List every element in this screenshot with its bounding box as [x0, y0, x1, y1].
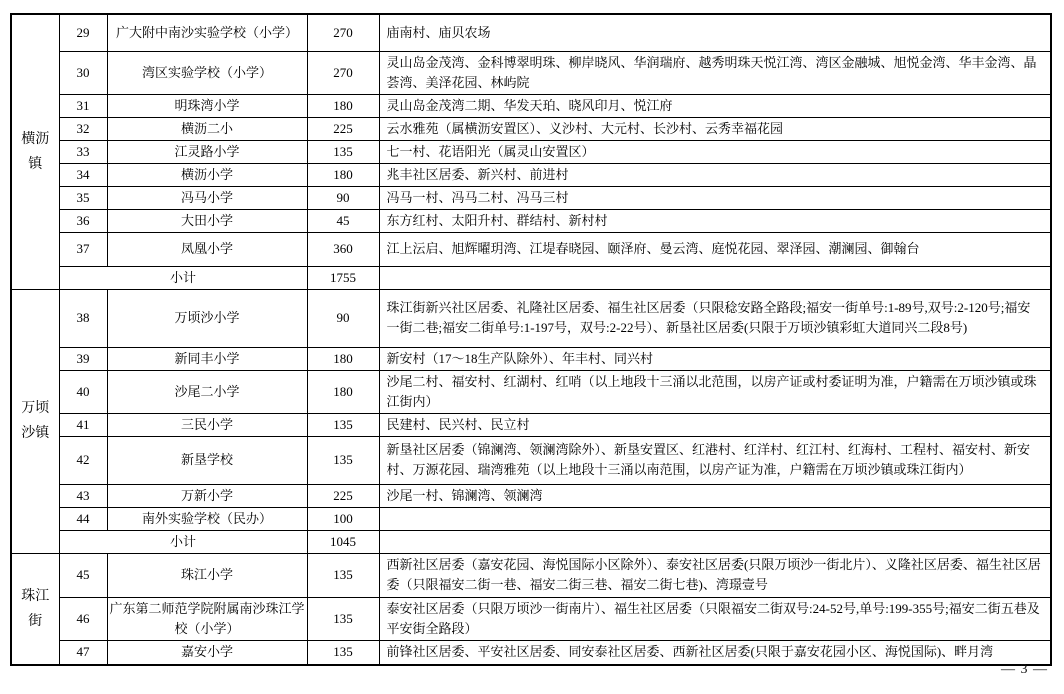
service-area-cell: 庙南村、庙贝农场: [379, 14, 1051, 51]
row-number-cell: 43: [59, 484, 107, 507]
district-cell: 珠江街: [11, 553, 59, 665]
row-number-cell: 40: [59, 370, 107, 413]
subtotal-row: 小计1755: [11, 266, 1051, 289]
row-number-cell: 45: [59, 553, 107, 597]
service-area-cell: [379, 507, 1051, 530]
row-number-cell: 47: [59, 640, 107, 665]
row-number-cell: 38: [59, 289, 107, 347]
subtotal-row: 小计1045: [11, 530, 1051, 553]
school-name-cell: 万新小学: [107, 484, 307, 507]
table-row: 34横沥小学180兆丰社区居委、新兴村、前进村: [11, 163, 1051, 186]
table-row: 36大田小学45东方红村、太阳升村、群结村、新村村: [11, 209, 1051, 232]
service-area-cell: 西新社区居委（嘉安花园、海悦国际小区除外）、泰安社区居委(只限万顷沙一街北片）、…: [379, 553, 1051, 597]
school-name-cell: 广大附中南沙实验学校（小学）: [107, 14, 307, 51]
table-row: 30湾区实验学校（小学）270灵山岛金茂湾、金科博翠明珠、柳岸晓风、华润瑞府、越…: [11, 51, 1051, 94]
school-name-cell: 明珠湾小学: [107, 94, 307, 117]
service-area-cell: 冯马一村、冯马二村、冯马三村: [379, 186, 1051, 209]
admission-table-body: 横沥镇29广大附中南沙实验学校（小学）270庙南村、庙贝农场30湾区实验学校（小…: [11, 14, 1051, 665]
school-name-cell: 嘉安小学: [107, 640, 307, 665]
row-number-cell: 46: [59, 597, 107, 640]
school-name-cell: 万顷沙小学: [107, 289, 307, 347]
school-name-cell: 珠江小学: [107, 553, 307, 597]
row-number-cell: 33: [59, 140, 107, 163]
district-label: 横沥镇: [21, 127, 50, 177]
row-number-cell: 44: [59, 507, 107, 530]
subtotal-quota-cell: 1755: [307, 266, 379, 289]
table-row: 31明珠湾小学180灵山岛金茂湾二期、华发天珀、晓风印月、悦江府: [11, 94, 1051, 117]
service-area-cell: 江上沄启、旭辉曜玥湾、江堤春晓园、颐泽府、曼云湾、庭悦花园、翠泽园、潮澜园、御翰…: [379, 232, 1051, 266]
quota-cell: 100: [307, 507, 379, 530]
table-row: 39新同丰小学180新安村（17～18生产队除外）、年丰村、同兴村: [11, 347, 1051, 370]
row-number-cell: 37: [59, 232, 107, 266]
quota-cell: 90: [307, 186, 379, 209]
school-name-cell: 湾区实验学校（小学）: [107, 51, 307, 94]
service-area-cell: 新垦社区居委（锦澜湾、领澜湾除外）、新垦安置区、红港村、红洋村、红江村、红海村、…: [379, 436, 1051, 484]
quota-cell: 135: [307, 597, 379, 640]
table-row: 46广东第二师范学院附属南沙珠江学校（小学）135泰安社区居委（只限万顷沙一街南…: [11, 597, 1051, 640]
quota-cell: 180: [307, 370, 379, 413]
document-page: 横沥镇29广大附中南沙实验学校（小学）270庙南村、庙贝农场30湾区实验学校（小…: [0, 0, 1064, 694]
quota-cell: 135: [307, 140, 379, 163]
table-row: 40沙尾二小学180沙尾二村、福安村、红湖村、红哨（以上地段十三涌以北范围，以房…: [11, 370, 1051, 413]
table-row: 43万新小学225沙尾一村、锦澜湾、领澜湾: [11, 484, 1051, 507]
row-number-cell: 39: [59, 347, 107, 370]
row-number-cell: 30: [59, 51, 107, 94]
school-name-cell: 新垦学校: [107, 436, 307, 484]
school-name-cell: 南外实验学校（民办）: [107, 507, 307, 530]
row-number-cell: 34: [59, 163, 107, 186]
school-name-cell: 江灵路小学: [107, 140, 307, 163]
table-row: 37凤凰小学360江上沄启、旭辉曜玥湾、江堤春晓园、颐泽府、曼云湾、庭悦花园、翠…: [11, 232, 1051, 266]
district-cell: 横沥镇: [11, 14, 59, 289]
district-label: 万顷沙镇: [21, 396, 50, 446]
page-number: — 3 —: [1001, 662, 1048, 678]
row-number-cell: 36: [59, 209, 107, 232]
quota-cell: 360: [307, 232, 379, 266]
school-name-cell: 冯马小学: [107, 186, 307, 209]
subtotal-label-cell: 小计: [59, 266, 307, 289]
row-number-cell: 29: [59, 14, 107, 51]
service-area-cell: 七一村、花语阳光（属灵山安置区）: [379, 140, 1051, 163]
row-number-cell: 35: [59, 186, 107, 209]
row-number-cell: 32: [59, 117, 107, 140]
school-name-cell: 横沥小学: [107, 163, 307, 186]
service-area-cell: 沙尾一村、锦澜湾、领澜湾: [379, 484, 1051, 507]
service-area-cell: 新安村（17～18生产队除外）、年丰村、同兴村: [379, 347, 1051, 370]
quota-cell: 180: [307, 94, 379, 117]
service-area-cell: 兆丰社区居委、新兴村、前进村: [379, 163, 1051, 186]
school-name-cell: 广东第二师范学院附属南沙珠江学校（小学）: [107, 597, 307, 640]
service-area-cell: 泰安社区居委（只限万顷沙一街南片）、福生社区居委（只限福安二街双号:24-52号…: [379, 597, 1051, 640]
school-name-cell: 凤凰小学: [107, 232, 307, 266]
table-row: 42新垦学校135新垦社区居委（锦澜湾、领澜湾除外）、新垦安置区、红港村、红洋村…: [11, 436, 1051, 484]
service-area-cell: 灵山岛金茂湾二期、华发天珀、晓风印月、悦江府: [379, 94, 1051, 117]
quota-cell: 135: [307, 413, 379, 436]
row-number-cell: 41: [59, 413, 107, 436]
service-area-cell: 民建村、民兴村、民立村: [379, 413, 1051, 436]
quota-cell: 270: [307, 51, 379, 94]
table-row: 47嘉安小学135前锋社区居委、平安社区居委、同安泰社区居委、西新社区居委(只限…: [11, 640, 1051, 665]
row-number-cell: 31: [59, 94, 107, 117]
quota-cell: 225: [307, 117, 379, 140]
quota-cell: 225: [307, 484, 379, 507]
service-area-cell: 前锋社区居委、平安社区居委、同安泰社区居委、西新社区居委(只限于嘉安花园小区、海…: [379, 640, 1051, 665]
table-row: 33江灵路小学135七一村、花语阳光（属灵山安置区）: [11, 140, 1051, 163]
quota-cell: 45: [307, 209, 379, 232]
table-row: 32横沥二小225云水雅苑（属横沥安置区）、义沙村、大元村、长沙村、云秀幸福花园: [11, 117, 1051, 140]
quota-cell: 90: [307, 289, 379, 347]
quota-cell: 135: [307, 640, 379, 665]
quota-cell: 180: [307, 347, 379, 370]
quota-cell: 135: [307, 553, 379, 597]
table-row: 横沥镇29广大附中南沙实验学校（小学）270庙南村、庙贝农场: [11, 14, 1051, 51]
admission-table: 横沥镇29广大附中南沙实验学校（小学）270庙南村、庙贝农场30湾区实验学校（小…: [10, 13, 1052, 666]
quota-cell: 135: [307, 436, 379, 484]
row-number-cell: 42: [59, 436, 107, 484]
service-area-cell: 东方红村、太阳升村、群结村、新村村: [379, 209, 1051, 232]
district-label: 珠江街: [21, 584, 50, 634]
subtotal-area-cell: [379, 530, 1051, 553]
service-area-cell: 沙尾二村、福安村、红湖村、红哨（以上地段十三涌以北范围，以房产证或村委证明为准，…: [379, 370, 1051, 413]
table-row: 万顷沙镇38万顷沙小学90珠江街新兴社区居委、礼隆社区居委、福生社区居委（只限稔…: [11, 289, 1051, 347]
quota-cell: 270: [307, 14, 379, 51]
table-row: 珠江街45珠江小学135西新社区居委（嘉安花园、海悦国际小区除外）、泰安社区居委…: [11, 553, 1051, 597]
service-area-cell: 云水雅苑（属横沥安置区）、义沙村、大元村、长沙村、云秀幸福花园: [379, 117, 1051, 140]
subtotal-label-cell: 小计: [59, 530, 307, 553]
subtotal-quota-cell: 1045: [307, 530, 379, 553]
subtotal-area-cell: [379, 266, 1051, 289]
table-row: 41三民小学135民建村、民兴村、民立村: [11, 413, 1051, 436]
school-name-cell: 新同丰小学: [107, 347, 307, 370]
table-row: 35冯马小学90冯马一村、冯马二村、冯马三村: [11, 186, 1051, 209]
quota-cell: 180: [307, 163, 379, 186]
service-area-cell: 灵山岛金茂湾、金科博翠明珠、柳岸晓风、华润瑞府、越秀明珠天悦江湾、湾区金融城、旭…: [379, 51, 1051, 94]
school-name-cell: 三民小学: [107, 413, 307, 436]
school-name-cell: 大田小学: [107, 209, 307, 232]
school-name-cell: 沙尾二小学: [107, 370, 307, 413]
school-name-cell: 横沥二小: [107, 117, 307, 140]
service-area-cell: 珠江街新兴社区居委、礼隆社区居委、福生社区居委（只限稔安路全路段;福安一街单号:…: [379, 289, 1051, 347]
district-cell: 万顷沙镇: [11, 289, 59, 553]
table-row: 44南外实验学校（民办）100: [11, 507, 1051, 530]
